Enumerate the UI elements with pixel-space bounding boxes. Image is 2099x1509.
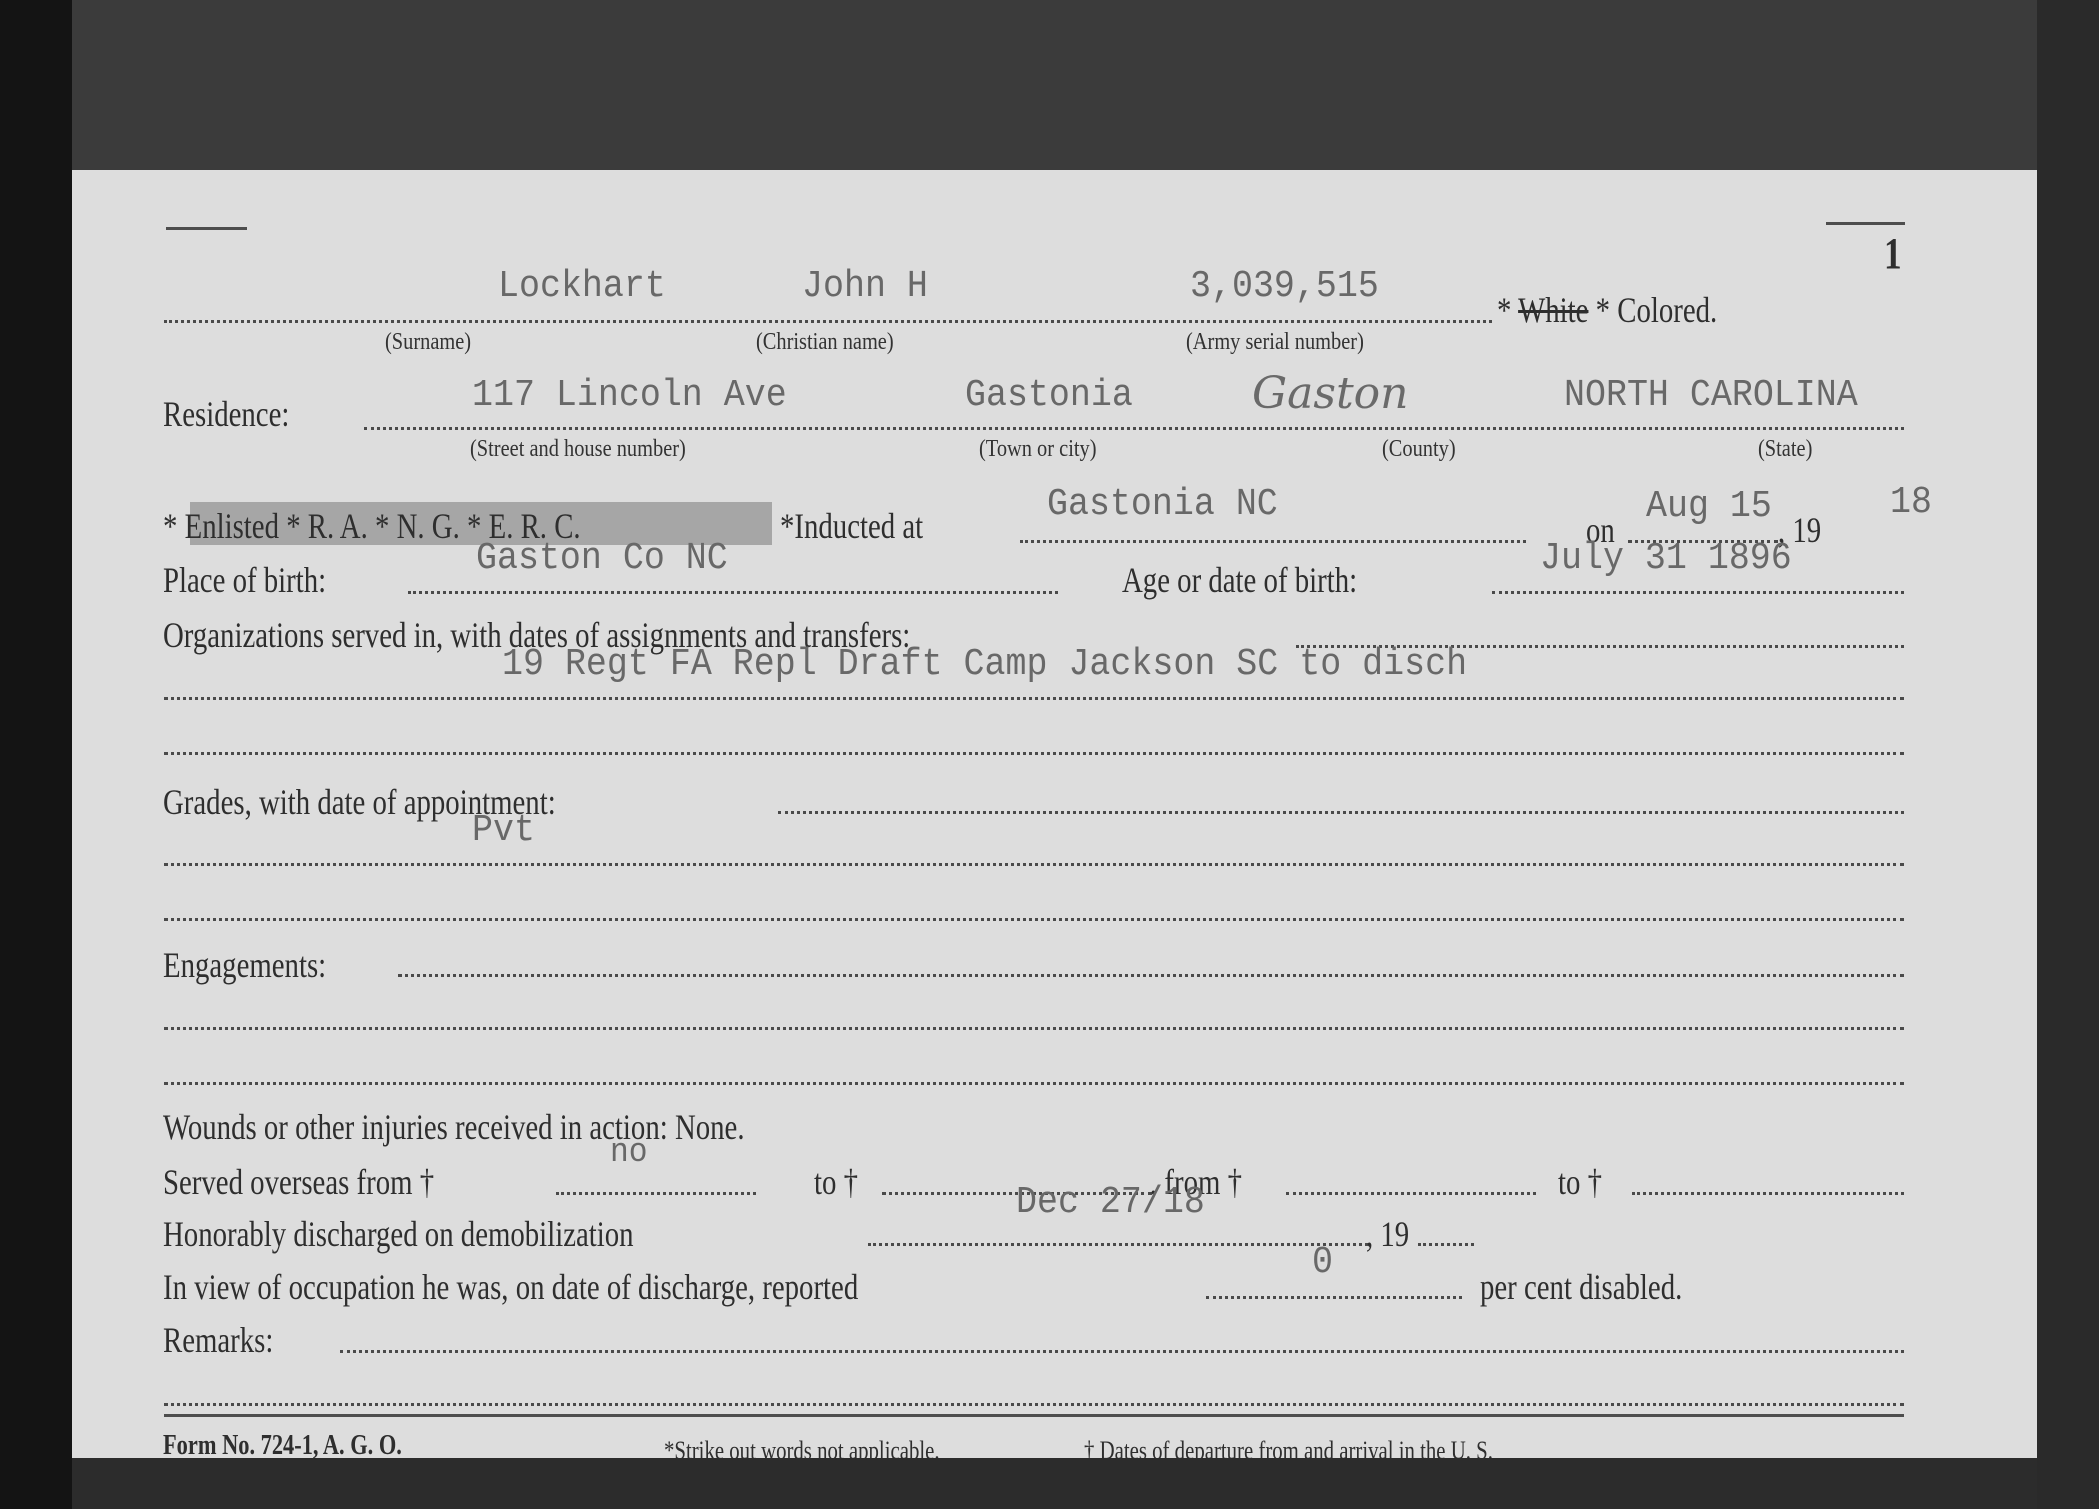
engagements-line-3 [164,1082,1904,1085]
christian-name-value: John H [802,268,928,306]
overseas-label: Served overseas from † [163,1164,434,1200]
overseas-to2-label: to † [1558,1164,1602,1200]
surname-label: (Surname) [385,330,471,354]
discharge-label: Honorably discharged on demobilization [163,1216,634,1252]
name-line [164,320,1492,323]
corner-mark-right [1826,222,1905,225]
race-field: * White * Colored. [1497,292,1717,328]
disability-suffix: per cent disabled. [1480,1269,1682,1305]
disability-line [1206,1296,1462,1299]
engagements-line-1 [398,974,1904,977]
engagements-line-2 [164,1027,1904,1030]
disability-value: 0 [1312,1244,1333,1282]
card-number: 1 [1884,232,1902,276]
form-number: Form No. 724-1, A. G. O. [163,1432,402,1458]
grades-value: Pvt [472,812,535,850]
footnote-strike: *Strike out words not applicable. [664,1438,940,1458]
grades-line-3 [164,918,1904,921]
remarks-line-2 [164,1403,1904,1406]
organizations-value: 19 Regt FA Repl Draft Camp Jackson SC to… [502,646,1467,684]
organizations-line-3 [164,752,1904,755]
race-colored: Colored. [1617,290,1717,330]
overseas-from-line [556,1192,756,1195]
county-value-handwritten: Gaston [1252,372,1408,416]
town-label: (Town or city) [979,437,1097,461]
wounds-label: Wounds or other injuries received in act… [163,1109,745,1145]
scan-border-bottom [72,1458,2037,1509]
christian-name-label: (Christian name) [756,330,894,354]
street-value: 117 Lincoln Ave [472,377,787,415]
remarks-line-1 [340,1350,1904,1353]
birth-place-line [408,591,1058,594]
footnote-dates: † Dates of departure from and arrival in… [1084,1438,1493,1458]
discharge-year-line [1418,1243,1474,1246]
footer-rule [164,1414,1904,1417]
corner-mark-left [166,227,247,230]
birth-date-value: July 31 1896 [1540,540,1792,578]
inducted-label: *Inducted at [780,508,923,544]
serial-number-label: (Army serial number) [1186,330,1364,354]
overseas-from-value: no [610,1136,648,1170]
birth-place-value: Gaston Co NC [476,540,728,578]
grades-line-1 [778,811,1904,814]
overseas-to-label: to † [814,1164,858,1200]
scan-border-top [72,0,2037,170]
birth-date-label: Age or date of birth: [1122,562,1357,598]
inducted-line [1020,540,1526,543]
induction-year-value: 18 [1890,484,1932,522]
inducted-place-value: Gastonia NC [1047,486,1278,524]
town-value: Gastonia [965,377,1133,415]
scan-border-right [2037,0,2099,1509]
birth-place-label: Place of birth: [163,562,326,598]
service-record-card: 1 Lockhart John H 3,039,515 * White * Co… [72,170,2037,1458]
discharge-year-prefix: , 19 [1366,1216,1409,1252]
residence-label: Residence: [163,396,289,432]
county-label: (County) [1382,437,1456,461]
engagements-label: Engagements: [163,947,326,983]
serial-number-value: 3,039,515 [1190,268,1379,306]
remarks-label: Remarks: [163,1322,273,1358]
birth-date-line [1492,591,1904,594]
grades-line-2 [164,863,1904,866]
scan-border-left [0,0,72,1509]
surname-value: Lockhart [498,268,666,306]
residence-line [364,427,1904,430]
overseas-to2-line [1632,1192,1904,1195]
induction-date-value: Aug 15 [1646,488,1772,526]
disability-label: In view of occupation he was, on date of… [163,1269,858,1305]
organizations-line-2 [164,697,1904,700]
discharge-date-line [868,1243,1368,1246]
street-label: (Street and house number) [470,437,686,461]
race-white-struck: White [1518,290,1588,330]
state-value: NORTH CAROLINA [1564,377,1858,415]
wounds-value: None. [675,1107,745,1147]
discharge-date-value: Dec 27/18 [1016,1184,1205,1222]
state-label: (State) [1758,437,1812,461]
overseas-from2-line [1286,1192,1536,1195]
